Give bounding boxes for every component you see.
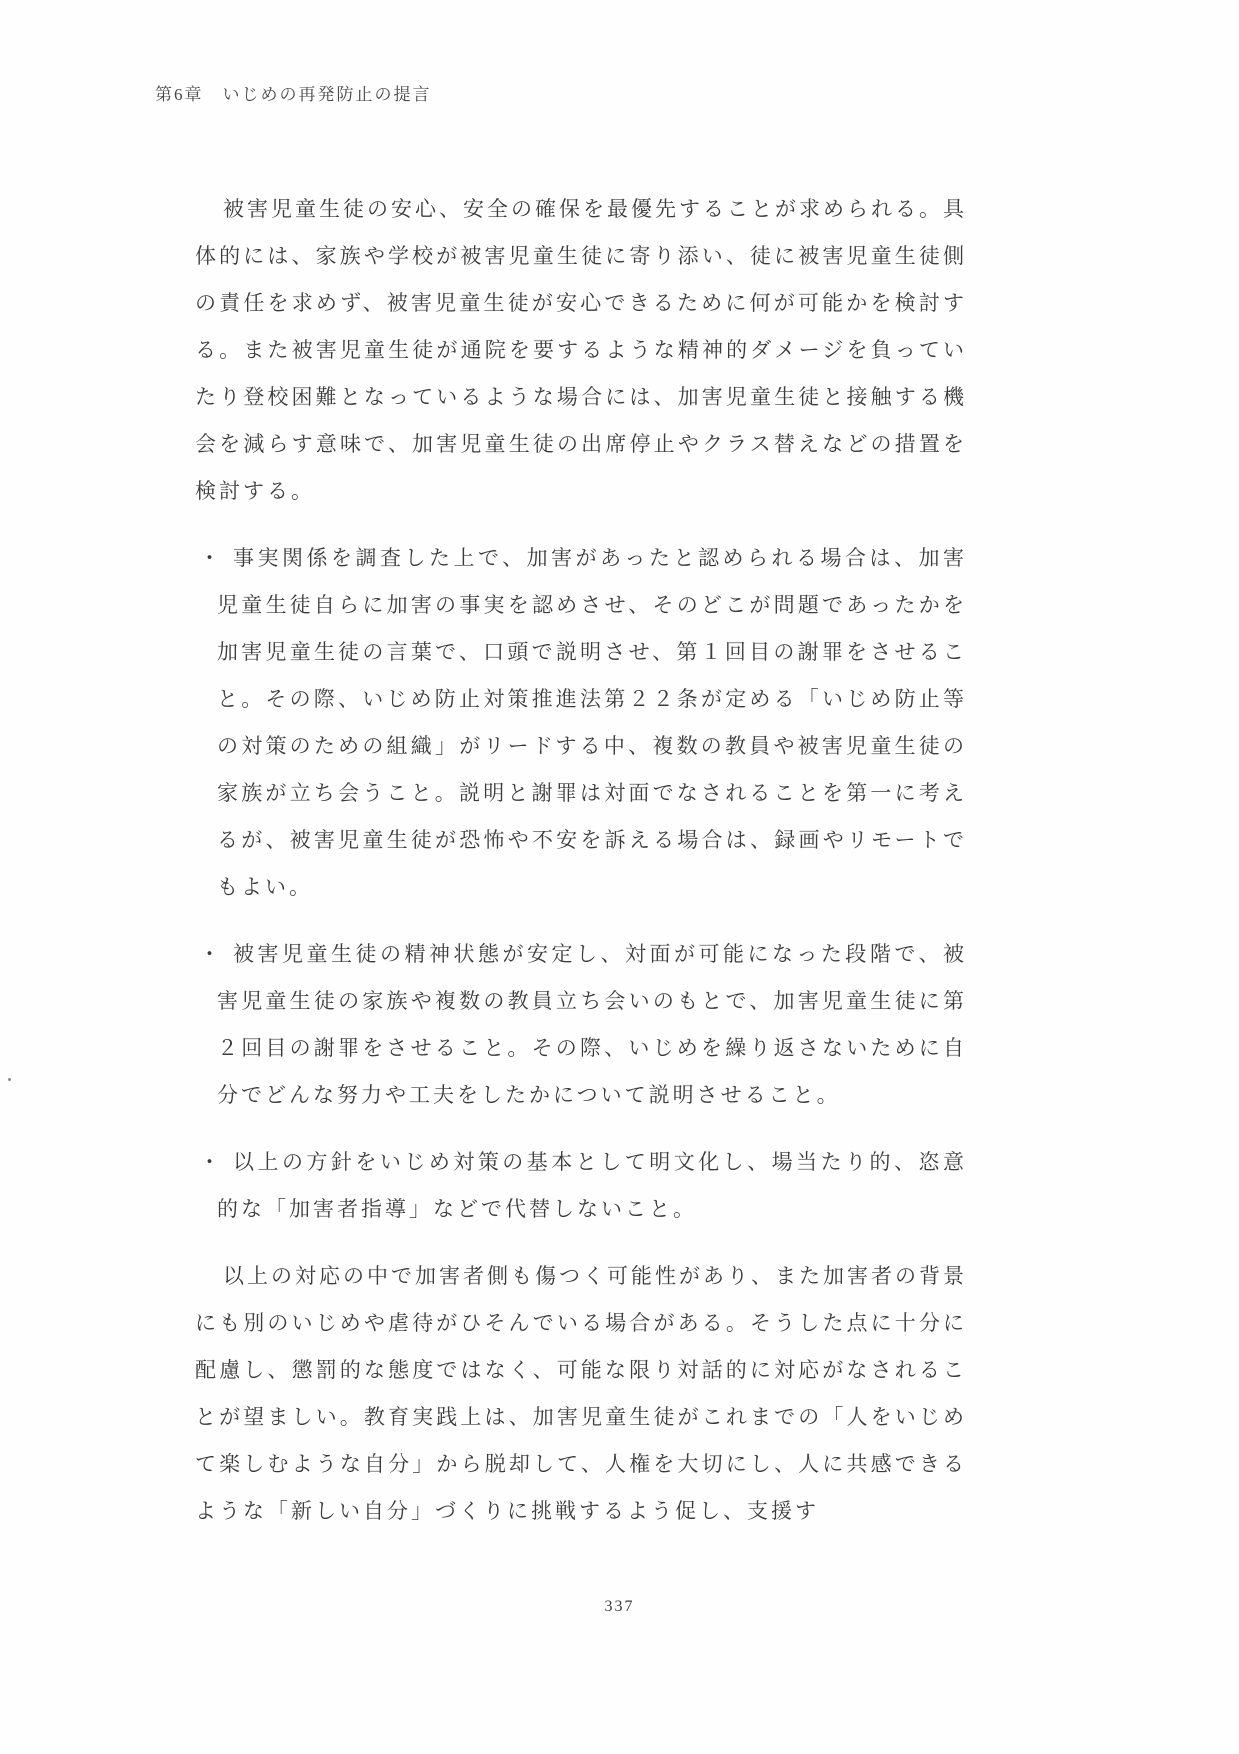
bullet-item: ・ 事実関係を調査した上で、加害があったと認められる場合は、加害児童生徒自らに加… [195, 535, 967, 911]
bullet-text: 事実関係を調査した上で、加害があったと認められる場合は、加害児童生徒自らに加害の… [217, 546, 967, 899]
page-number: 337 [0, 1598, 1239, 1616]
bullet-item: ・ 以上の方針をいじめ対策の基本として明文化し、場当たり的、恣意的な「加害者指導… [195, 1139, 967, 1233]
running-header: 第6章 いじめの再発防止の提言 [155, 80, 432, 105]
intro-paragraph: 被害児童生徒の安心、安全の確保を最優先することが求められる。具体的には、家族や学… [195, 186, 967, 515]
body-text: 被害児童生徒の安心、安全の確保を最優先することが求められる。具体的には、家族や学… [195, 186, 967, 1535]
bullet-item: ・ 被害児童生徒の精神状態が安定し、対面が可能になった段階で、被害児童生徒の家族… [195, 931, 967, 1119]
closing-paragraph: 以上の対応の中で加害者側も傷つく可能性があり、また加害者の背景にも別のいじめや虐… [195, 1253, 967, 1535]
bullet-marker: ・ [199, 535, 223, 582]
document-page: 第6章 いじめの再発防止の提言 被害児童生徒の安心、安全の確保を最優先することが… [0, 0, 1239, 1754]
bullet-marker: ・ [199, 1139, 223, 1186]
bullet-marker: ・ [199, 931, 223, 978]
bullet-text: 被害児童生徒の精神状態が安定し、対面が可能になった段階で、被害児童生徒の家族や複… [217, 942, 967, 1107]
scan-speck [8, 1078, 11, 1081]
bullet-text: 以上の方針をいじめ対策の基本として明文化し、場当たり的、恣意的な「加害者指導」な… [217, 1150, 967, 1221]
